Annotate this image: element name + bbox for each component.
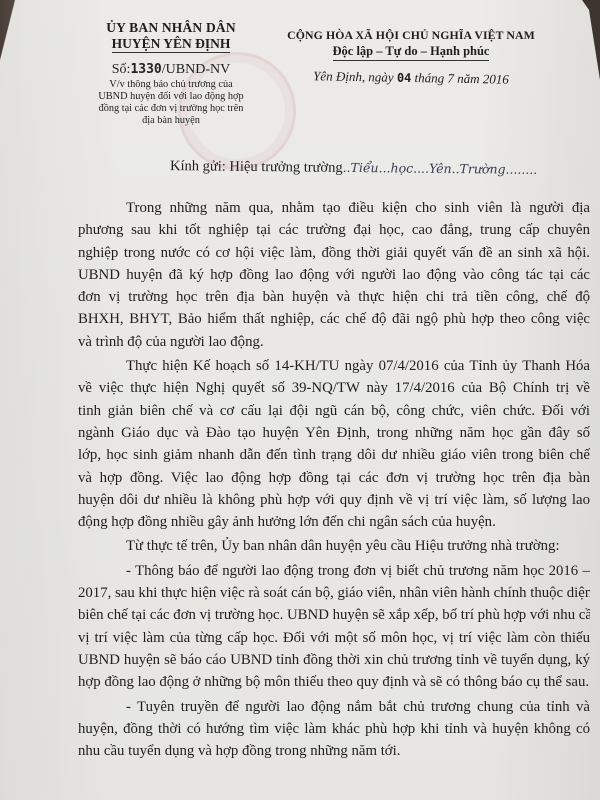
body-line: Từ thực tế trên, Ủy ban nhân dân huyện y… [78, 535, 590, 557]
subject-line: UBND huyện đối với lao động hợp [66, 91, 276, 103]
national-motto: Độc lập – Tự do – Hạnh phúc [333, 44, 490, 61]
body-line: tinh giản biên chế và cơ cấu lại đội ngũ… [78, 400, 590, 422]
body-line: động hợp đồng nhiều gây ảnh hưởng lớn đế… [78, 511, 590, 533]
body-line: biên chế tại các đơn vị trường học. UBND… [78, 604, 590, 626]
body-line: Trong những năm qua, nhằm tạo điều kiện … [78, 197, 590, 219]
body-line: phương sau khi tốt nghiệp tại các trường… [78, 219, 590, 241]
body-line: đơn vị trường học trên địa bàn huyện và … [78, 286, 590, 308]
body-line: - Thông báo để người lao động trong đơn … [78, 560, 590, 582]
date-suffix: tháng 7 năm 2016 [411, 70, 509, 87]
body-paragraph: Trong những năm qua, nhằm tạo điều kiện … [78, 197, 590, 353]
doc-number-handwritten: 1330 [130, 62, 161, 77]
document-page: ỦY BAN NHÂN DÂN HUYỆN YÊN ĐỊNH Số:1330/U… [0, 0, 600, 800]
date-prefix: Yên Định, ngày [313, 68, 397, 84]
document-body: Trong những năm qua, nhằm tạo điều kiện … [78, 197, 590, 764]
body-line: Thực hiện Kế hoạch số 14-KH/TU ngày 07/4… [78, 355, 590, 377]
handwritten-recipient: ..Tiểu...học....Yên..Trường........ [343, 160, 538, 177]
body-line: lớp, học sinh giảm nhanh dẫn đến tình tr… [78, 444, 590, 466]
doc-number-prefix: Số: [112, 62, 131, 77]
body-paragraph: - Tuyên truyền để người lao động nắm bắt… [78, 696, 590, 763]
body-paragraph: - Thông báo để người lao động trong đơn … [78, 560, 590, 694]
body-line: UBND huyện đã ký hợp đồng lao động với n… [78, 264, 590, 286]
doc-number-suffix: /UBND-NV [162, 62, 230, 77]
document-number: Số:1330/UBND-NV [66, 62, 276, 78]
body-line: về việc thực hiện Nghị quyết số 39-NQ/TW… [78, 377, 590, 399]
issuing-authority-block: ỦY BAN NHÂN DÂN HUYỆN YÊN ĐỊNH Số:1330/U… [66, 20, 276, 127]
subject-line: V/v thông báo chủ trương của [66, 79, 276, 91]
body-line: huyện, đồng thời có hướng tìm việc làm k… [78, 718, 590, 740]
date-day-handwritten: 04 [397, 71, 412, 85]
authority-name-line1: ỦY BAN NHÂN DÂN [66, 20, 276, 35]
body-line: nghiệp trong nước có cơ hội việc làm, đồ… [78, 242, 590, 264]
subject-line: địa bàn huyện [66, 115, 276, 127]
date-line: Yên Định, ngày 04 tháng 7 năm 2016 [276, 68, 546, 89]
national-title: CỘNG HÒA XÃ HỘI CHỦ NGHĨA VIỆT NAM [276, 28, 546, 42]
authority-name-line2: HUYỆN YÊN ĐỊNH [112, 36, 231, 53]
greeting-line: Kính gửi: Hiệu trưởng trường..Tiểu...học… [170, 158, 537, 179]
document-subject: V/v thông báo chủ trương của UBND huyện … [66, 79, 276, 127]
body-line: UBND huyện sẽ báo cáo UBND tỉnh đồng thờ… [78, 649, 590, 671]
body-line: nhu cầu tuyển dụng và hợp đồng trong nhữ… [78, 740, 590, 762]
body-line: - Tuyên truyền để người lao động nắm bắt… [78, 696, 590, 718]
body-line: BHXH, BHYT, Bảo hiểm thất nghiệp, các ch… [78, 308, 590, 330]
body-line: 2017, sau khi thực hiện việc rà soát cán… [78, 582, 590, 604]
body-line: hợp đồng lao động ở những bộ môn thiếu t… [78, 671, 590, 693]
body-line: vị trí việc làm của từng cấp học. Đối vớ… [78, 627, 590, 649]
body-paragraph: Từ thực tế trên, Ủy ban nhân dân huyện y… [78, 535, 590, 557]
body-line: và trình độ của người lao động. [78, 331, 590, 353]
body-line: ngành Giáo dục và Đào tạo huyện Yên Định… [78, 422, 590, 444]
national-header-block: CỘNG HÒA XÃ HỘI CHỦ NGHĨA VIỆT NAM Độc l… [276, 28, 546, 86]
body-paragraph: Thực hiện Kế hoạch số 14-KH/TU ngày 07/4… [78, 355, 590, 533]
body-line: và hợp đồng. Việc lao động hợp đồng tại … [78, 467, 590, 489]
body-line: huyện dôi dư nhiều là không phù hợp với … [78, 489, 590, 511]
subject-line: đồng tại các đơn vị trường học trên [66, 103, 276, 115]
greeting-label: Kính gửi: Hiệu trưởng trường [170, 158, 343, 176]
